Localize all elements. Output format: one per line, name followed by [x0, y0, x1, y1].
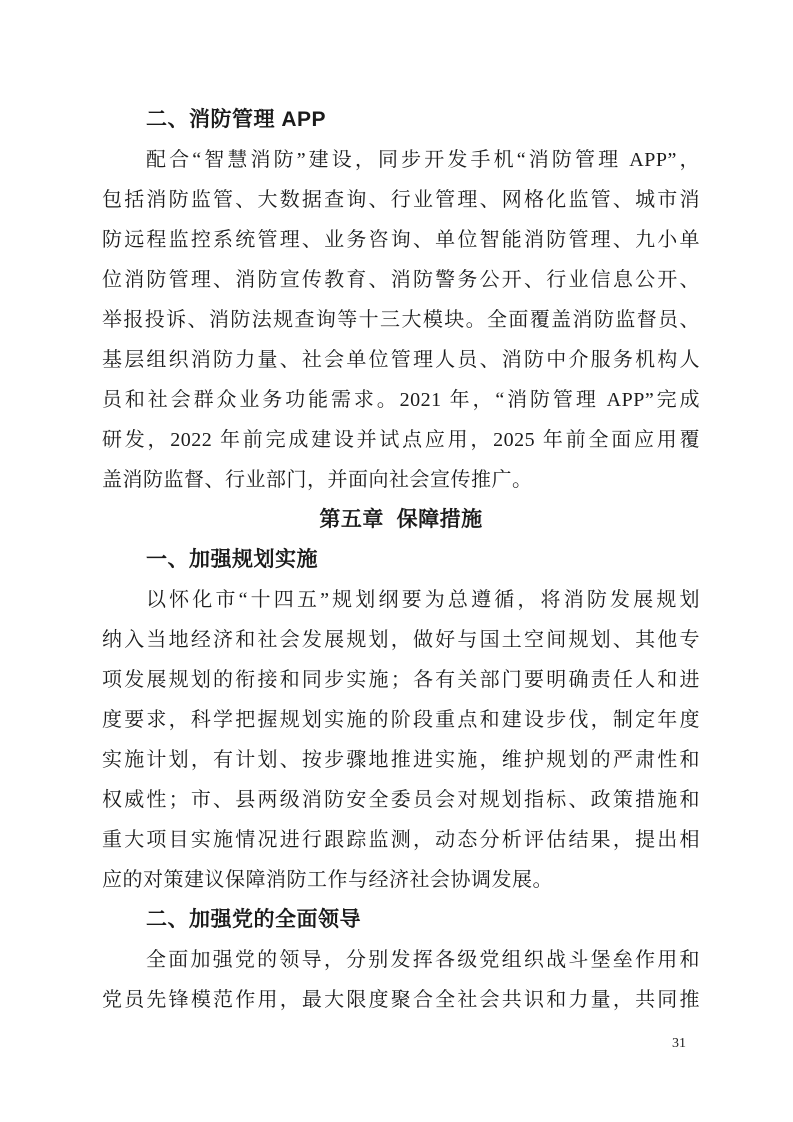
body-line: 以怀化市“十四五”规划纲要为总遵循，将消防发展规划: [102, 580, 700, 620]
body-line: 位消防管理、消防宣传教育、消防警务公开、行业信息公开、: [102, 260, 700, 300]
body-line: 防远程监控系统管理、业务咨询、单位智能消防管理、九小单: [102, 220, 700, 260]
section-party: 二、加强党的全面领导 全面加强党的领导，分别发挥各级党组织战斗堡垒作用和 党员先…: [102, 900, 700, 1020]
body-line: 权威性；市、县两级消防安全委员会对规划指标、政策措施和: [102, 780, 700, 820]
section-heading-party: 二、加强党的全面领导: [102, 900, 700, 940]
body-line: 研发，2022 年前完成建设并试点应用，2025 年前全面应用覆: [102, 420, 700, 460]
body-line: 实施计划，有计划、按步骤地推进实施，维护规划的严肃性和: [102, 740, 700, 780]
section-app: 二、消防管理 APP 配合“智慧消防”建设，同步开发手机“消防管理 APP”， …: [102, 100, 700, 500]
document-page: 二、消防管理 APP 配合“智慧消防”建设，同步开发手机“消防管理 APP”， …: [0, 0, 793, 1122]
body-line: 项发展规划的衔接和同步实施；各有关部门要明确责任人和进: [102, 660, 700, 700]
body-line: 举报投诉、消防法规查询等十三大模块。全面覆盖消防监督员、: [102, 300, 700, 340]
body-line: 党员先锋模范作用，最大限度聚合全社会共识和力量，共同推: [102, 980, 700, 1020]
body-line: 包括消防监管、大数据查询、行业管理、网格化监管、城市消: [102, 180, 700, 220]
body-line: 应的对策建议保障消防工作与经济社会协调发展。: [102, 860, 700, 900]
section-planning: 一、加强规划实施 以怀化市“十四五”规划纲要为总遵循，将消防发展规划 纳入当地经…: [102, 540, 700, 900]
body-line: 纳入当地经济和社会发展规划，做好与国土空间规划、其他专: [102, 620, 700, 660]
section-heading-app: 二、消防管理 APP: [102, 100, 700, 140]
body-line: 度要求，科学把握规划实施的阶段重点和建设步伐，制定年度: [102, 700, 700, 740]
chapter-5: 第五章 保障措施: [102, 500, 700, 540]
body-line: 盖消防监督、行业部门，并面向社会宣传推广。: [102, 460, 700, 500]
body-line: 员和社会群众业务功能需求。2021 年，“消防管理 APP”完成: [102, 380, 700, 420]
section-heading-planning: 一、加强规划实施: [102, 540, 700, 580]
body-line: 重大项目实施情况进行跟踪监测，动态分析评估结果，提出相: [102, 820, 700, 860]
page-number: 31: [672, 1034, 686, 1054]
document-content: 二、消防管理 APP 配合“智慧消防”建设，同步开发手机“消防管理 APP”， …: [102, 100, 700, 1020]
body-line: 基层组织消防力量、社会单位管理人员、消防中介服务机构人: [102, 340, 700, 380]
body-line: 全面加强党的领导，分别发挥各级党组织战斗堡垒作用和: [102, 940, 700, 980]
chapter-heading: 第五章 保障措施: [102, 500, 700, 540]
body-line: 配合“智慧消防”建设，同步开发手机“消防管理 APP”，: [102, 140, 700, 180]
